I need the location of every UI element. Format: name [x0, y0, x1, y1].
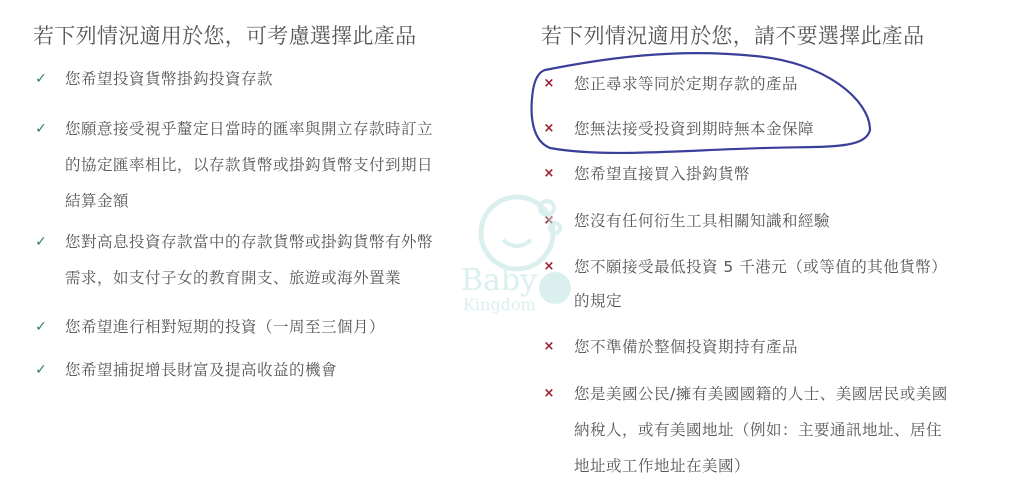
- check-icon: ✓: [33, 64, 49, 94]
- baby-kingdom-watermark-icon: Baby Kingdom: [455, 178, 575, 318]
- unsuitable-heading: 若下列情況適用於您，請不要選擇此產品: [541, 20, 924, 50]
- svg-text:Kingdom: Kingdom: [463, 295, 536, 314]
- item-text: 結算金額: [65, 186, 129, 216]
- item-text: 您希望投資貨幣掛鈎投資存款: [65, 64, 273, 94]
- check-icon: ✓: [33, 312, 49, 342]
- item-text: 您對高息投資存款當中的存款貨幣或掛鈎貨幣有外幣: [65, 227, 433, 257]
- item-text: 您希望直接買入掛鈎貨幣: [574, 159, 750, 189]
- check-icon: ✓: [33, 227, 49, 257]
- check-icon: ✓: [33, 355, 49, 385]
- suitable-heading: 若下列情況適用於您，可考慮選擇此產品: [33, 20, 416, 50]
- item-text: 您願意接受視乎釐定日當時的匯率與開立存款時訂立: [65, 114, 433, 144]
- item-text: 需求，如支付子女的教育開支、旅遊或海外置業: [65, 263, 401, 293]
- item-text: 納稅人，或有美國地址（例如：主要通訊地址、居住: [574, 415, 942, 445]
- item-text: 您是美國公民/擁有美國國籍的人士、美國居民或美國: [574, 379, 948, 409]
- item-text: 地址或工作地址在美國）: [574, 451, 750, 481]
- hand-drawn-circle-annotation: [525, 50, 875, 158]
- cross-icon: ×: [541, 379, 557, 409]
- check-icon: ✓: [33, 114, 49, 144]
- item-text: 您不準備於整個投資期持有產品: [574, 332, 798, 362]
- item-text: 的協定匯率相比，以存款貨幣或掛鈎貨幣支付到期日: [65, 150, 433, 180]
- item-text: 您希望進行相對短期的投資（一周至三個月）: [65, 312, 385, 342]
- item-text: 您不願接受最低投資 5 千港元（或等值的其他貨幣）: [574, 252, 947, 282]
- item-text: 您希望捕捉增長財富及提高收益的機會: [65, 355, 337, 385]
- svg-text:Baby: Baby: [461, 263, 537, 298]
- item-text: 的規定: [574, 286, 622, 316]
- item-text: 您沒有任何衍生工具相關知識和經驗: [574, 206, 830, 236]
- cross-icon: ×: [541, 332, 557, 362]
